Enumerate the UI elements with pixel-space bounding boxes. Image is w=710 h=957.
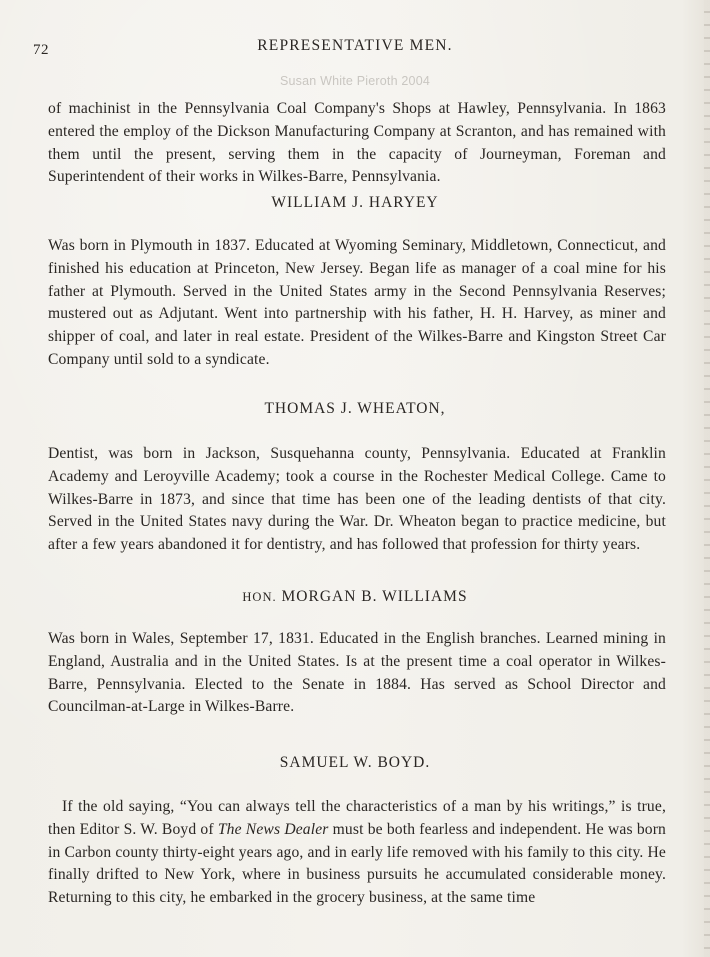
running-head: REPRESENTATIVE MEN. (0, 37, 710, 55)
paragraph: If the old saying, “You can always tell … (48, 796, 666, 910)
paragraph: Was born in Wales, September 17, 1831. E… (48, 628, 666, 719)
paragraph: Was born in Plymouth in 1837. Educated a… (48, 235, 666, 372)
page-edge (704, 0, 710, 957)
biography-heading-williams: Hon. MORGAN B. WILLIAMS (0, 588, 710, 606)
biography-heading-boyd: SAMUEL W. BOYD. (0, 754, 710, 772)
book-page: 72 REPRESENTATIVE MEN. Susan White Piero… (0, 0, 710, 957)
biography-wheaton: Dentist, was born in Jackson, Susquehann… (48, 443, 666, 557)
paragraph: of machinist in the Pennsylvania Coal Co… (48, 98, 666, 189)
biography-harvey: Was born in Plymouth in 1837. Educated a… (48, 235, 666, 372)
biography-heading-harvey: WILLIAM J. HARYEY (0, 194, 710, 212)
biography-williams: Was born in Wales, September 17, 1831. E… (48, 628, 666, 719)
continuation-section: of machinist in the Pennsylvania Coal Co… (48, 98, 666, 189)
watermark: Susan White Pieroth 2004 (0, 74, 710, 88)
biography-heading-wheaton: THOMAS J. WHEATON, (0, 400, 710, 418)
newspaper-title: The News Dealer (218, 821, 329, 838)
biography-boyd: If the old saying, “You can always tell … (48, 796, 666, 910)
honorific: Hon. (242, 590, 276, 604)
heading-name: MORGAN B. WILLIAMS (282, 588, 468, 605)
paragraph: Dentist, was born in Jackson, Susquehann… (48, 443, 666, 557)
